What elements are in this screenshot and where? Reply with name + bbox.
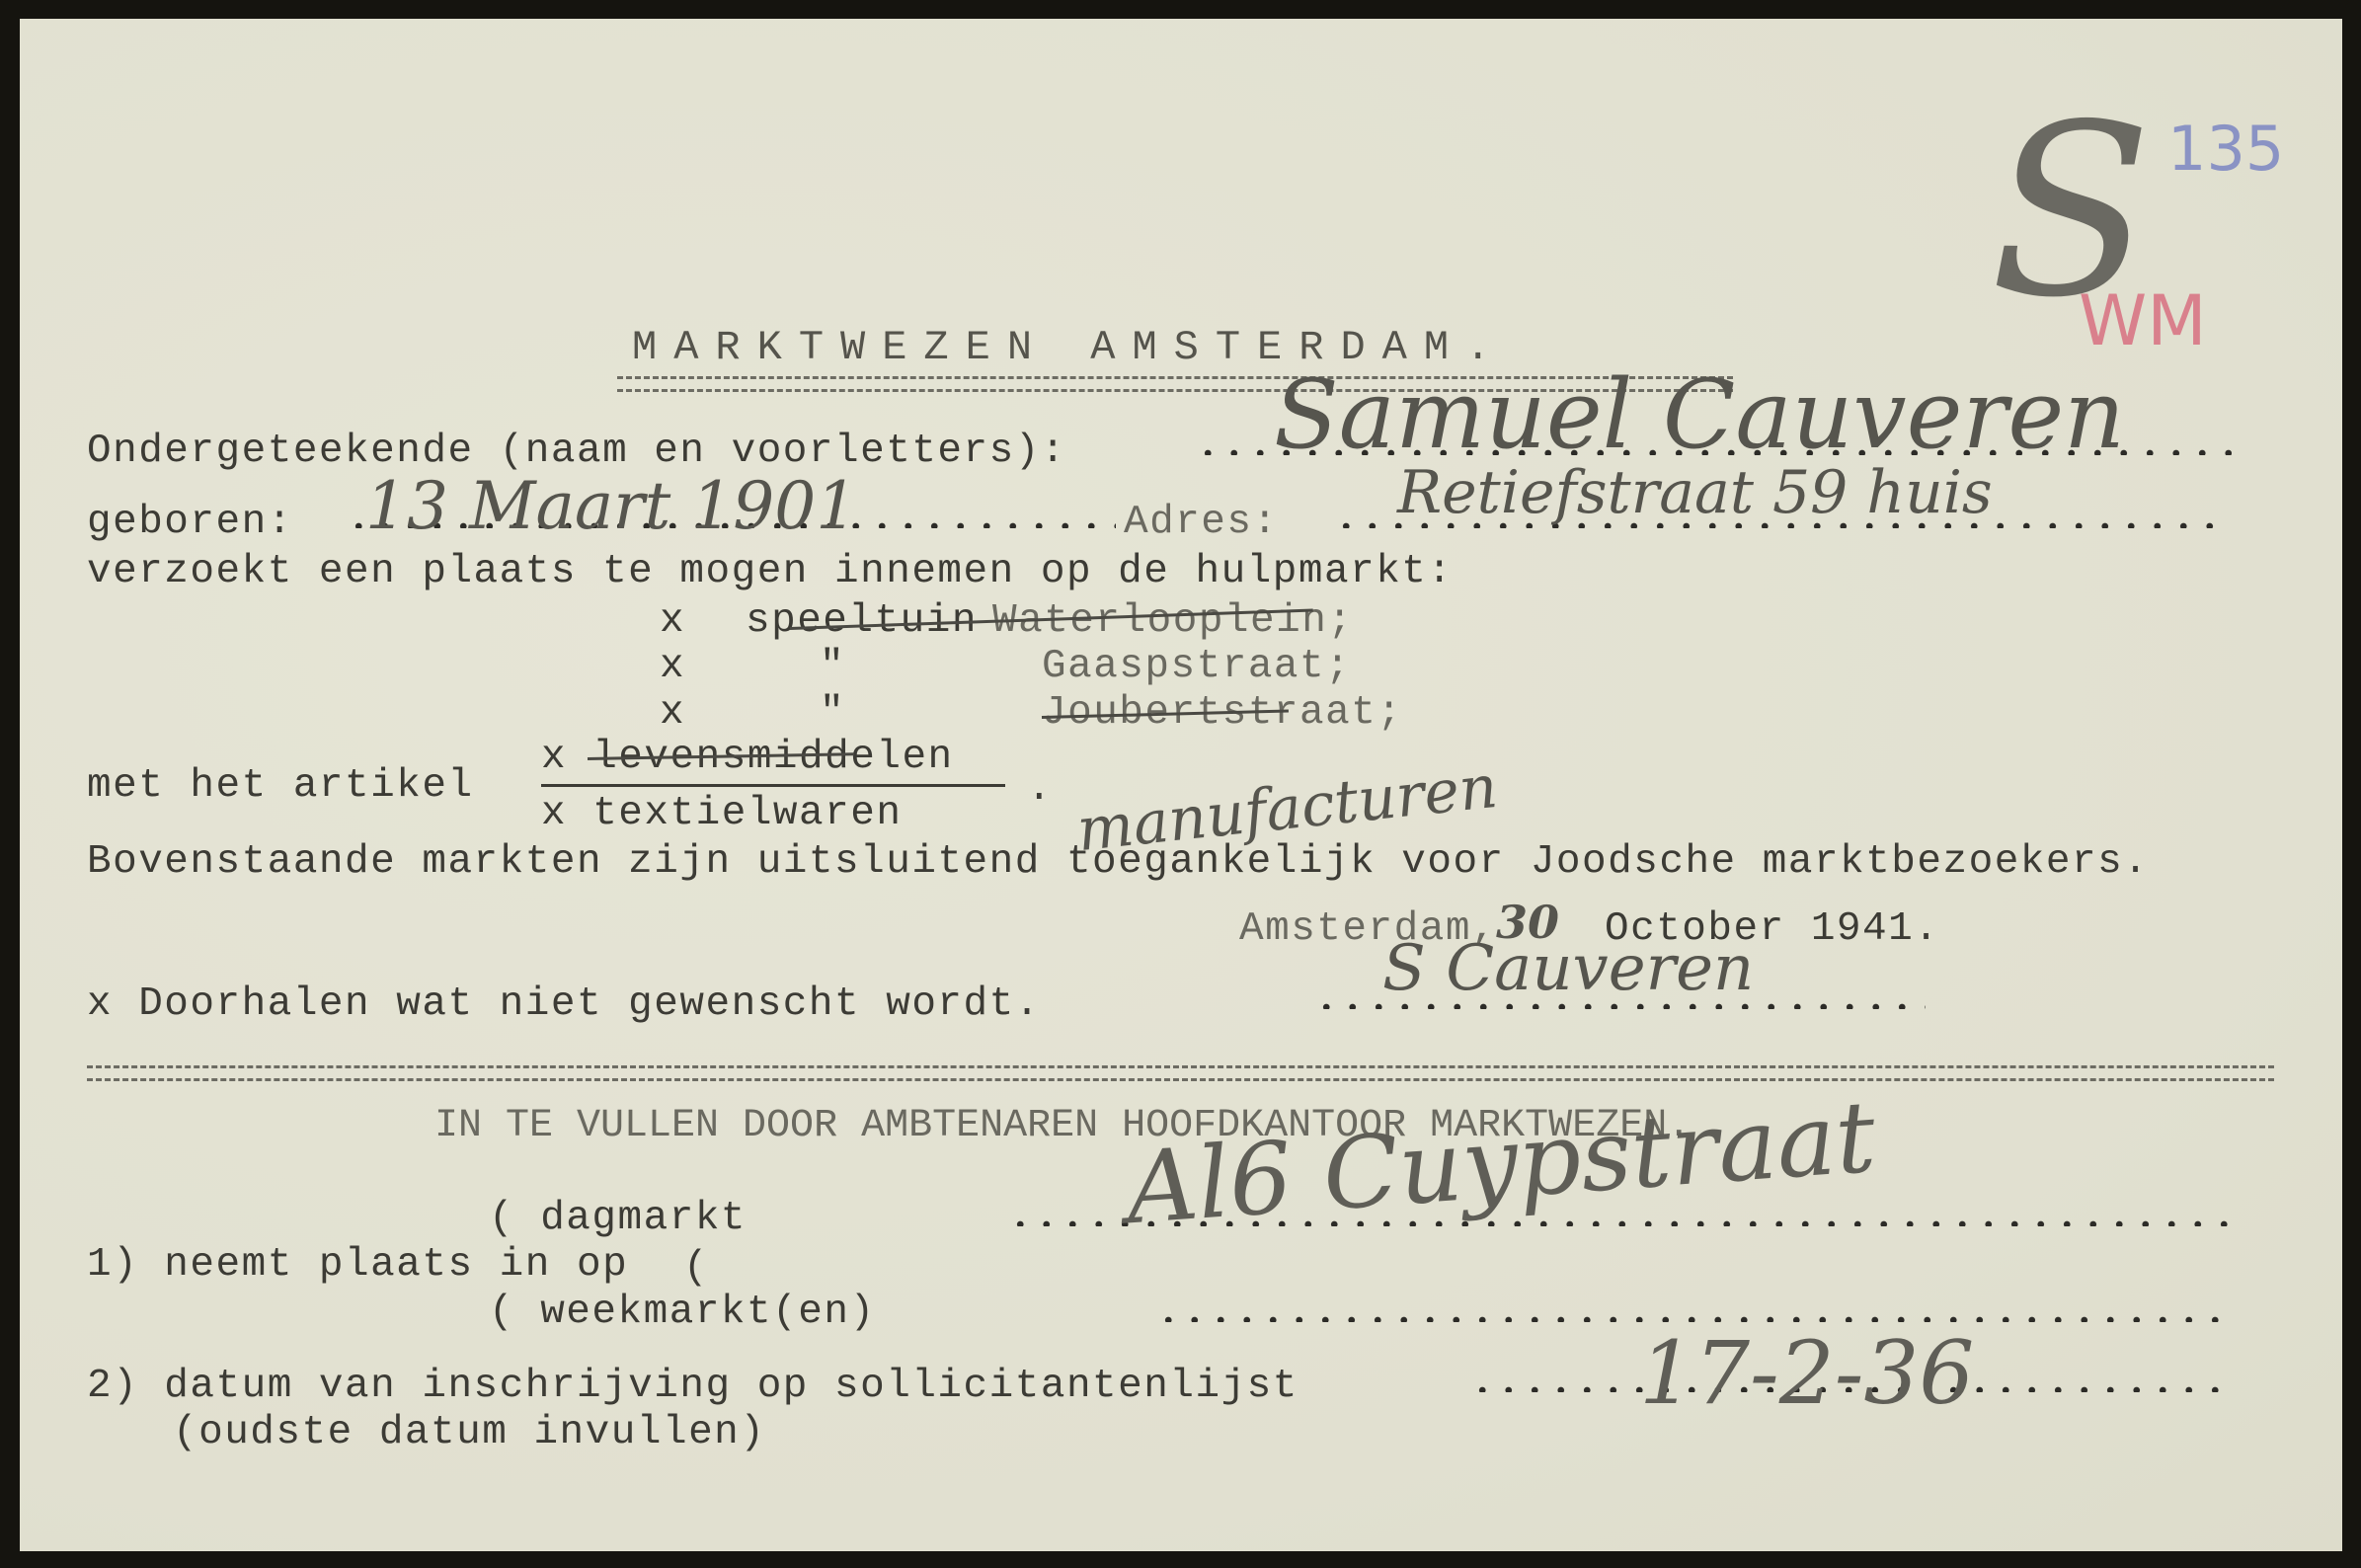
signature-handwritten[interactable]: S Cauveren (1382, 932, 1754, 1005)
strike-instruction: x Doorhalen wat niet gewenscht wordt. (87, 984, 1041, 1025)
item1-label: 1) neemt plaats in op (87, 1245, 628, 1286)
born-label: geboren: (87, 503, 293, 543)
market-prefix: " (820, 693, 845, 734)
born-handwritten[interactable]: 13 Maart 1901 (365, 468, 857, 544)
market-mark[interactable]: x (660, 601, 685, 642)
weekmarkt-label: ( weekmarkt(en) (489, 1293, 876, 1333)
section-double-rule (87, 1065, 2274, 1081)
blue-annotation: 135 (2167, 113, 2284, 185)
market-prefix: " (820, 647, 845, 687)
article-dot: . (1027, 769, 1053, 810)
notice-text: Bovenstaande markten zijn uitsluitend to… (87, 842, 2149, 883)
address-handwritten[interactable]: Retiefstraat 59 huis (1397, 458, 1993, 527)
article-label: met het artikel (87, 766, 474, 807)
market-mark[interactable]: x (660, 693, 685, 734)
brace-middle: ( (683, 1245, 708, 1291)
item2-handwritten-date[interactable]: 17-2-36 (1639, 1322, 1974, 1424)
name-label: Ondergeteekende (naam en voorletters): (87, 431, 1066, 472)
address-label: Adres: (1124, 503, 1279, 543)
article-option-textile[interactable]: x textielwaren (541, 794, 902, 834)
form-card: MARKTWEZEN AMSTERDAM. Ondergeteekende (n… (20, 19, 2342, 1551)
dagmarkt-label: ( dagmarkt (489, 1199, 747, 1239)
weekmarkt-dotted-line[interactable] (1155, 1314, 2232, 1322)
market-mark[interactable]: x (660, 647, 685, 687)
article-fraction-line (541, 784, 1005, 787)
name-handwritten[interactable]: Samuel Cauveren (1274, 359, 2125, 470)
item2-label: 2) datum van inschrijving op sollicitant… (87, 1367, 1299, 1407)
item2-sub-label: (oudste datum invullen) (173, 1413, 765, 1453)
request-line: verzoekt een plaats te mogen innemen op … (87, 552, 1454, 592)
market-name-gaaspstraat: Gaaspstraat; (1042, 647, 1351, 687)
red-annotation: WM (2079, 280, 2207, 361)
market-name-waterlooplein: Waterlooplein; (992, 601, 1353, 642)
